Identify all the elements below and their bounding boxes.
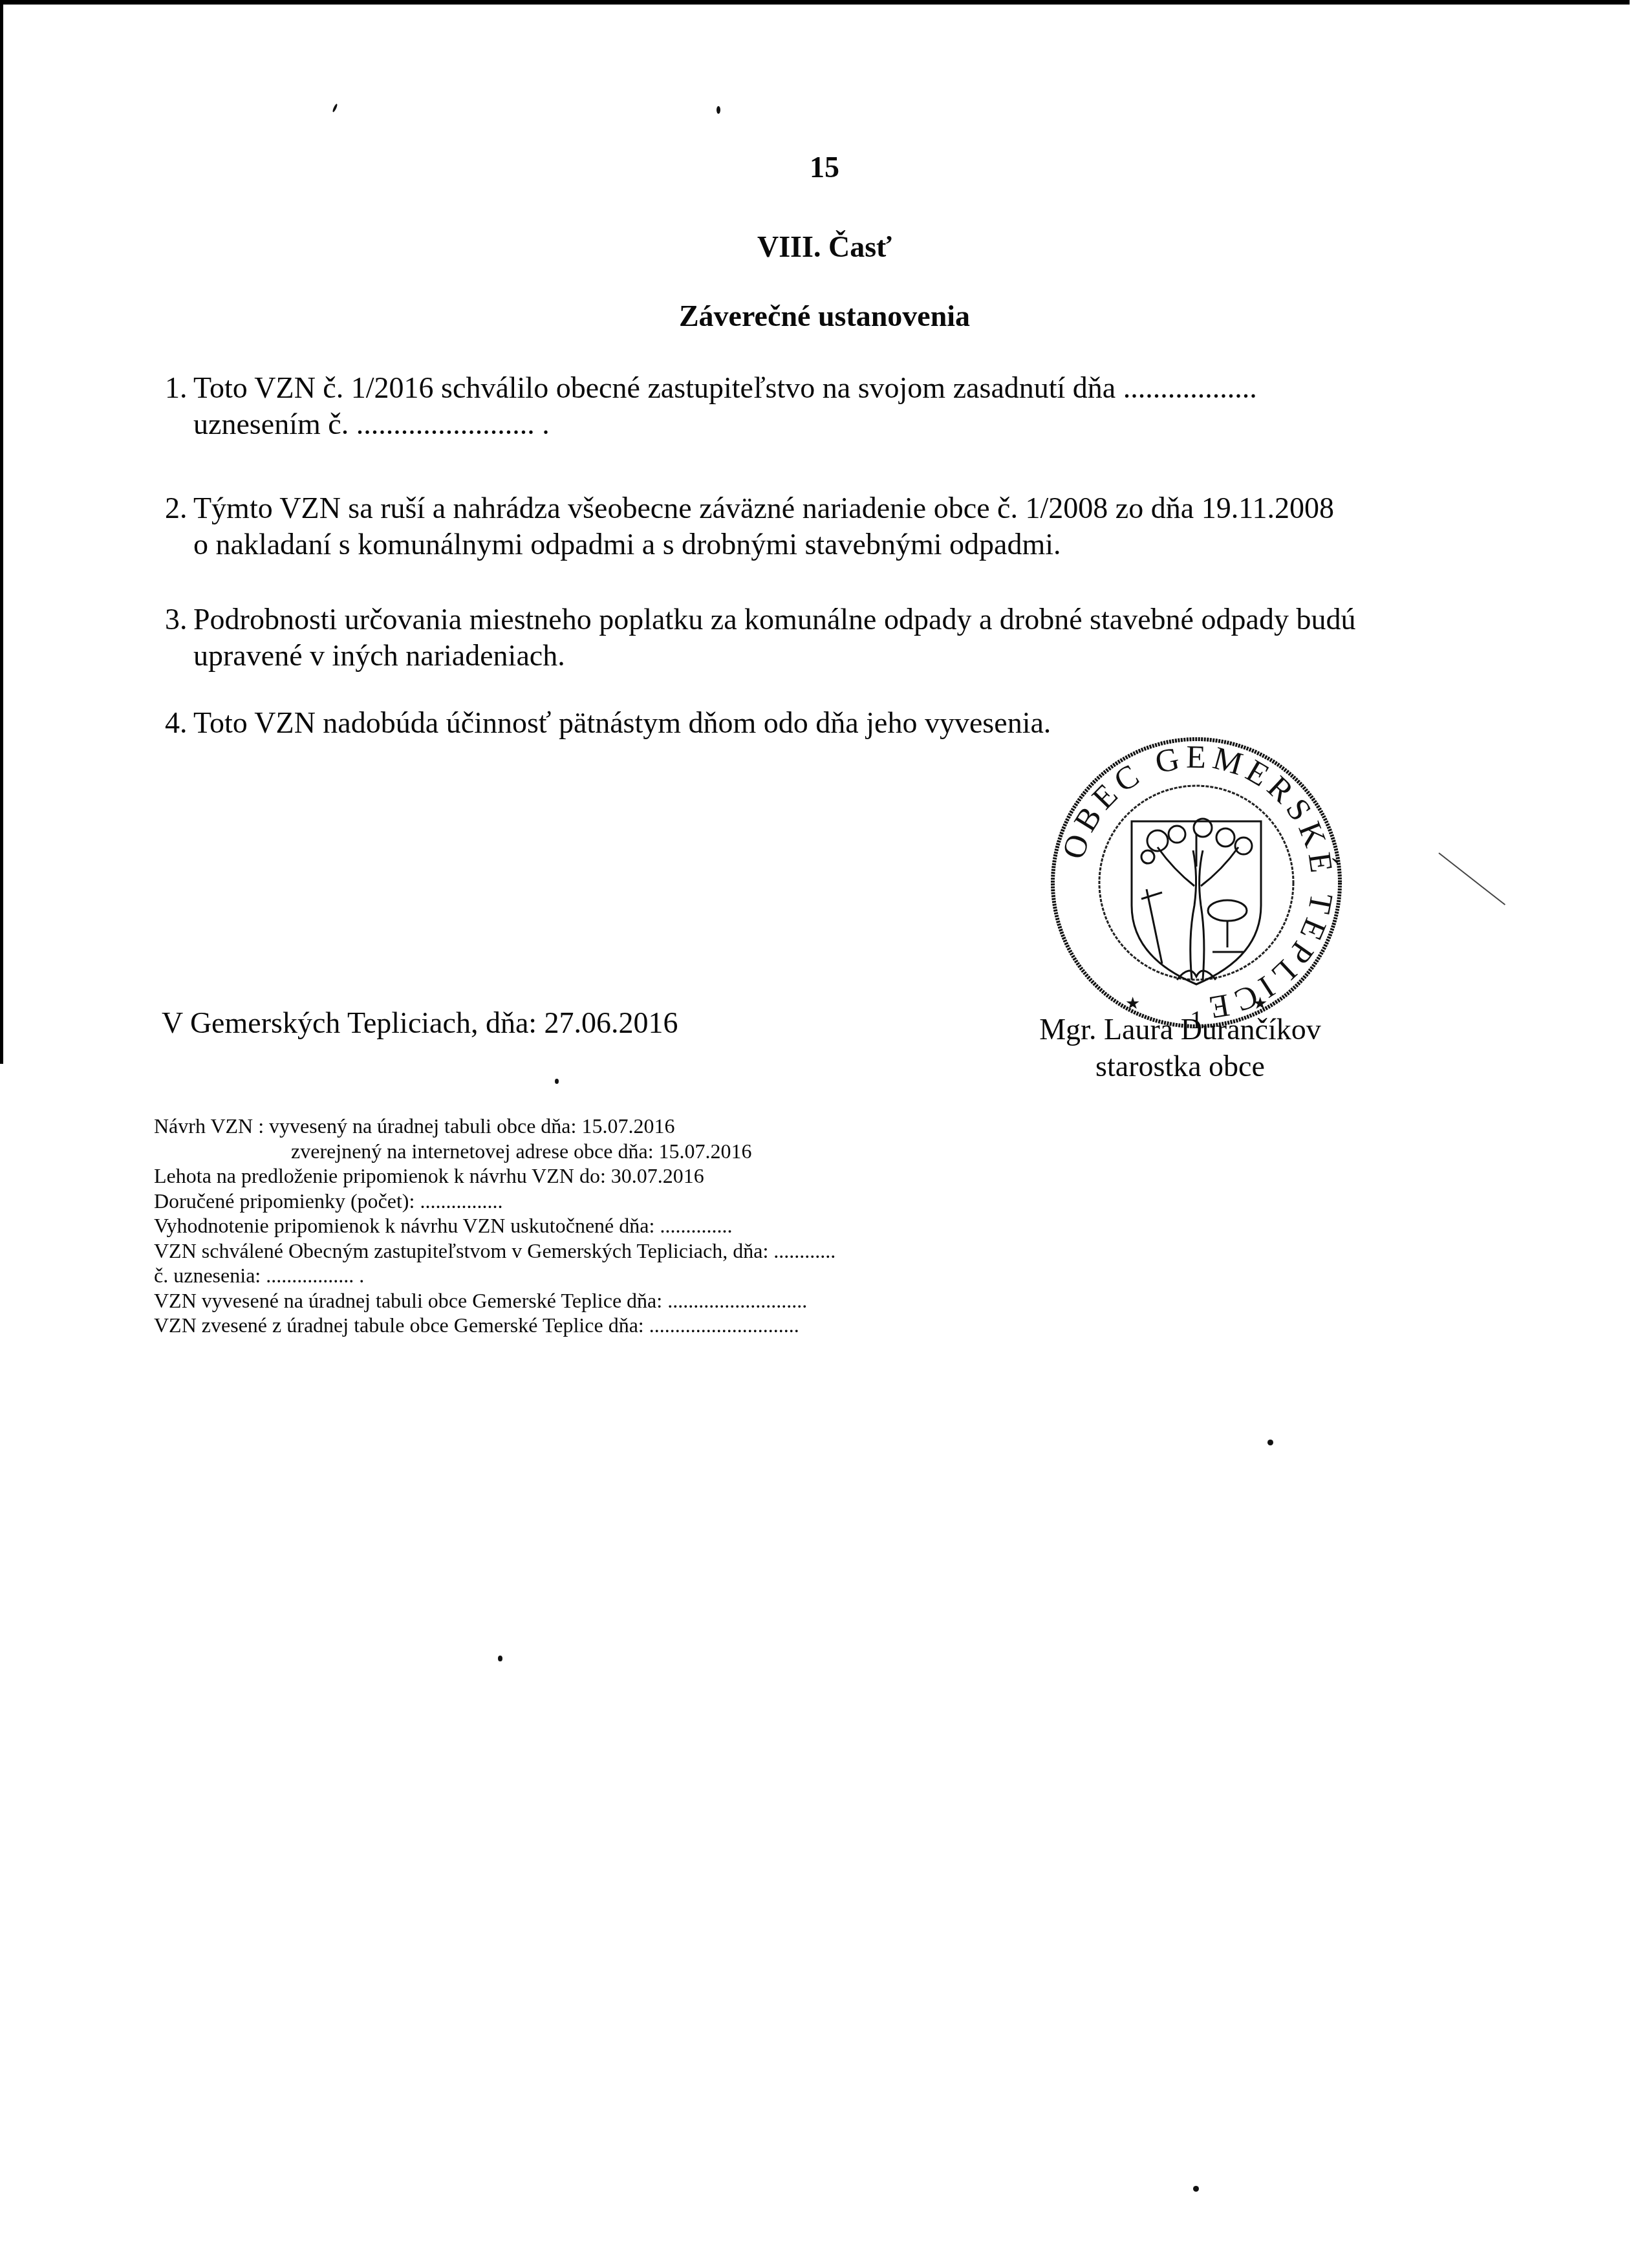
- item-text: Toto VZN č. 1/2016 schválilo obecné zast…: [193, 371, 1257, 404]
- item-number: 3.: [165, 601, 193, 638]
- place-date: V Gemerských Tepliciach, dňa: 27.06.2016: [162, 1006, 678, 1040]
- item-number: 1.: [165, 370, 193, 406]
- scan-speck: [332, 103, 338, 113]
- item-text-continued: o nakladaní s komunálnymi odpadmi a s dr…: [165, 526, 1334, 563]
- record-line: Doručené pripomienky (počet): ..........…: [154, 1189, 835, 1214]
- page-number: 15: [0, 150, 1649, 184]
- star-icon: ★: [1125, 994, 1140, 1013]
- pen-stroke: [1438, 852, 1505, 905]
- record-line: VZN schválené Obecným zastupiteľstvom v …: [154, 1238, 835, 1264]
- signatory-role: starostka obce: [1025, 1049, 1335, 1083]
- record-line: č. uznesenia: ................. .: [154, 1263, 835, 1288]
- record-line: VZN vyvesené na úradnej tabuli obce Geme…: [154, 1288, 835, 1313]
- scan-speck: [717, 106, 720, 114]
- item-number: 4.: [165, 705, 193, 741]
- section-title: Záverečné ustanovenia: [0, 299, 1649, 333]
- record-line: Lehota na predloženie pripomienok k návr…: [154, 1163, 835, 1189]
- scan-speck: [498, 1656, 502, 1661]
- item-text: Týmto VZN sa ruší a nahrádza všeobecne z…: [193, 491, 1334, 524]
- item-number: 2.: [165, 490, 193, 526]
- star-icon: ★: [1253, 994, 1267, 1013]
- publication-record: Návrh VZN : vyvesený na úradnej tabuli o…: [154, 1114, 835, 1338]
- item-text: Toto VZN nadobúda účinnosť pätnástym dňo…: [193, 706, 1051, 739]
- provision-item: 2.Týmto VZN sa ruší a nahrádza všeobecne…: [165, 490, 1334, 563]
- scan-edge-top: [0, 0, 1630, 5]
- official-stamp: OBEC GEMERSKÉ TEPLICE ★ ★ 1: [1044, 731, 1348, 1035]
- item-text-continued: uznesením č. ........................ .: [165, 406, 1257, 442]
- signatory-name: Mgr. Laura Durančíkov: [1025, 1012, 1335, 1046]
- part-title: VIII. Časť: [0, 230, 1649, 264]
- record-line: VZN zvesené z úradnej tabule obce Gemers…: [154, 1313, 835, 1338]
- scan-speck: [555, 1079, 559, 1084]
- record-line: zverejnený na internetovej adrese obce d…: [154, 1139, 835, 1164]
- provision-item: 1.Toto VZN č. 1/2016 schválilo obecné za…: [165, 370, 1257, 442]
- record-line: Vyhodnotenie pripomienok k návrhu VZN us…: [154, 1213, 835, 1238]
- provision-item: 4.Toto VZN nadobúda účinnosť pätnástym d…: [165, 705, 1051, 741]
- scan-speck: [1193, 2186, 1199, 2192]
- record-line: Návrh VZN : vyvesený na úradnej tabuli o…: [154, 1114, 835, 1139]
- scan-speck: [1267, 1440, 1273, 1445]
- provision-item: 3.Podrobnosti určovania miestneho poplat…: [165, 601, 1355, 674]
- item-text-continued: upravené v iných nariadeniach.: [165, 638, 1355, 674]
- item-text: Podrobnosti určovania miestneho poplatku…: [193, 603, 1355, 636]
- coat-of-arms-icon: [1132, 819, 1261, 984]
